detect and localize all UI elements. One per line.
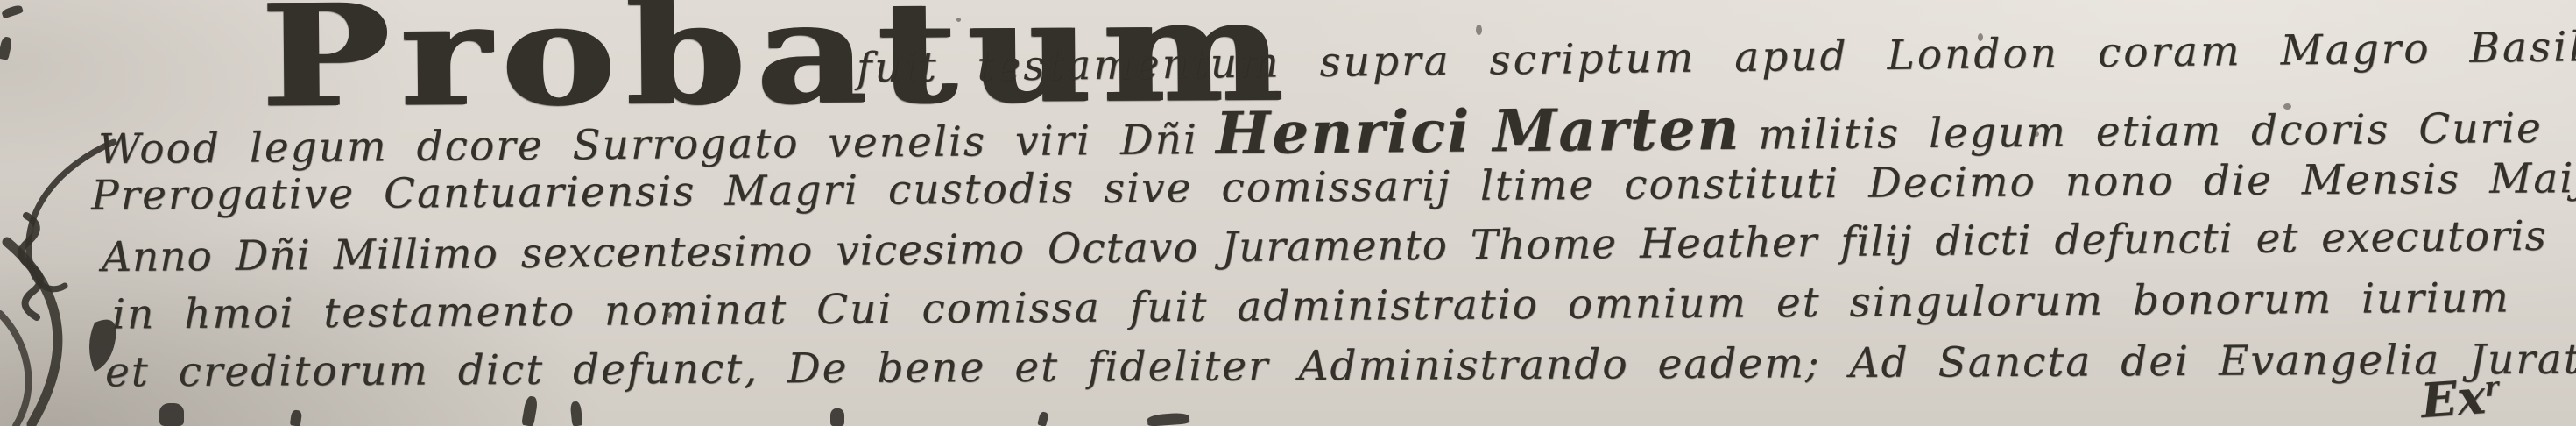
- manuscript-line-4: Anno Dñi Millimo sexcentesimo vicesimo O…: [102, 212, 2547, 281]
- manuscript-line-5: in hmoi testamento nominat Cui comissa f…: [112, 273, 2510, 338]
- registrar-mark-superscript: r: [2483, 372, 2499, 403]
- edge-ink-fragment: [0, 36, 13, 60]
- manuscript-line-6: et creditorum dict defunct, De bene et f…: [105, 336, 2576, 397]
- registrar-mark-base: Ex: [2419, 368, 2488, 426]
- edge-ink-fragment: [1037, 411, 1049, 426]
- manuscript-photo: Probatum fuit testamentum supra scriptum…: [0, 0, 2576, 426]
- edge-ink-fragment: [830, 408, 844, 426]
- edge-ink-fragment: [570, 401, 583, 426]
- line-2-text-after-name: militis legum etiam dcoris Curie: [1758, 104, 2543, 160]
- edge-ink-fragment: [290, 409, 302, 426]
- ink-speck: [1476, 25, 1482, 35]
- edge-ink-fragment: [159, 403, 184, 426]
- registrar-mark: Exr: [2419, 367, 2501, 426]
- engrossed-name-henrici-marten: Henrici Marten: [1216, 95, 1741, 167]
- edge-ink-fragment: [1, 4, 24, 19]
- edge-ink-fragment: [521, 395, 539, 426]
- edge-ink-fragment: [1147, 412, 1190, 426]
